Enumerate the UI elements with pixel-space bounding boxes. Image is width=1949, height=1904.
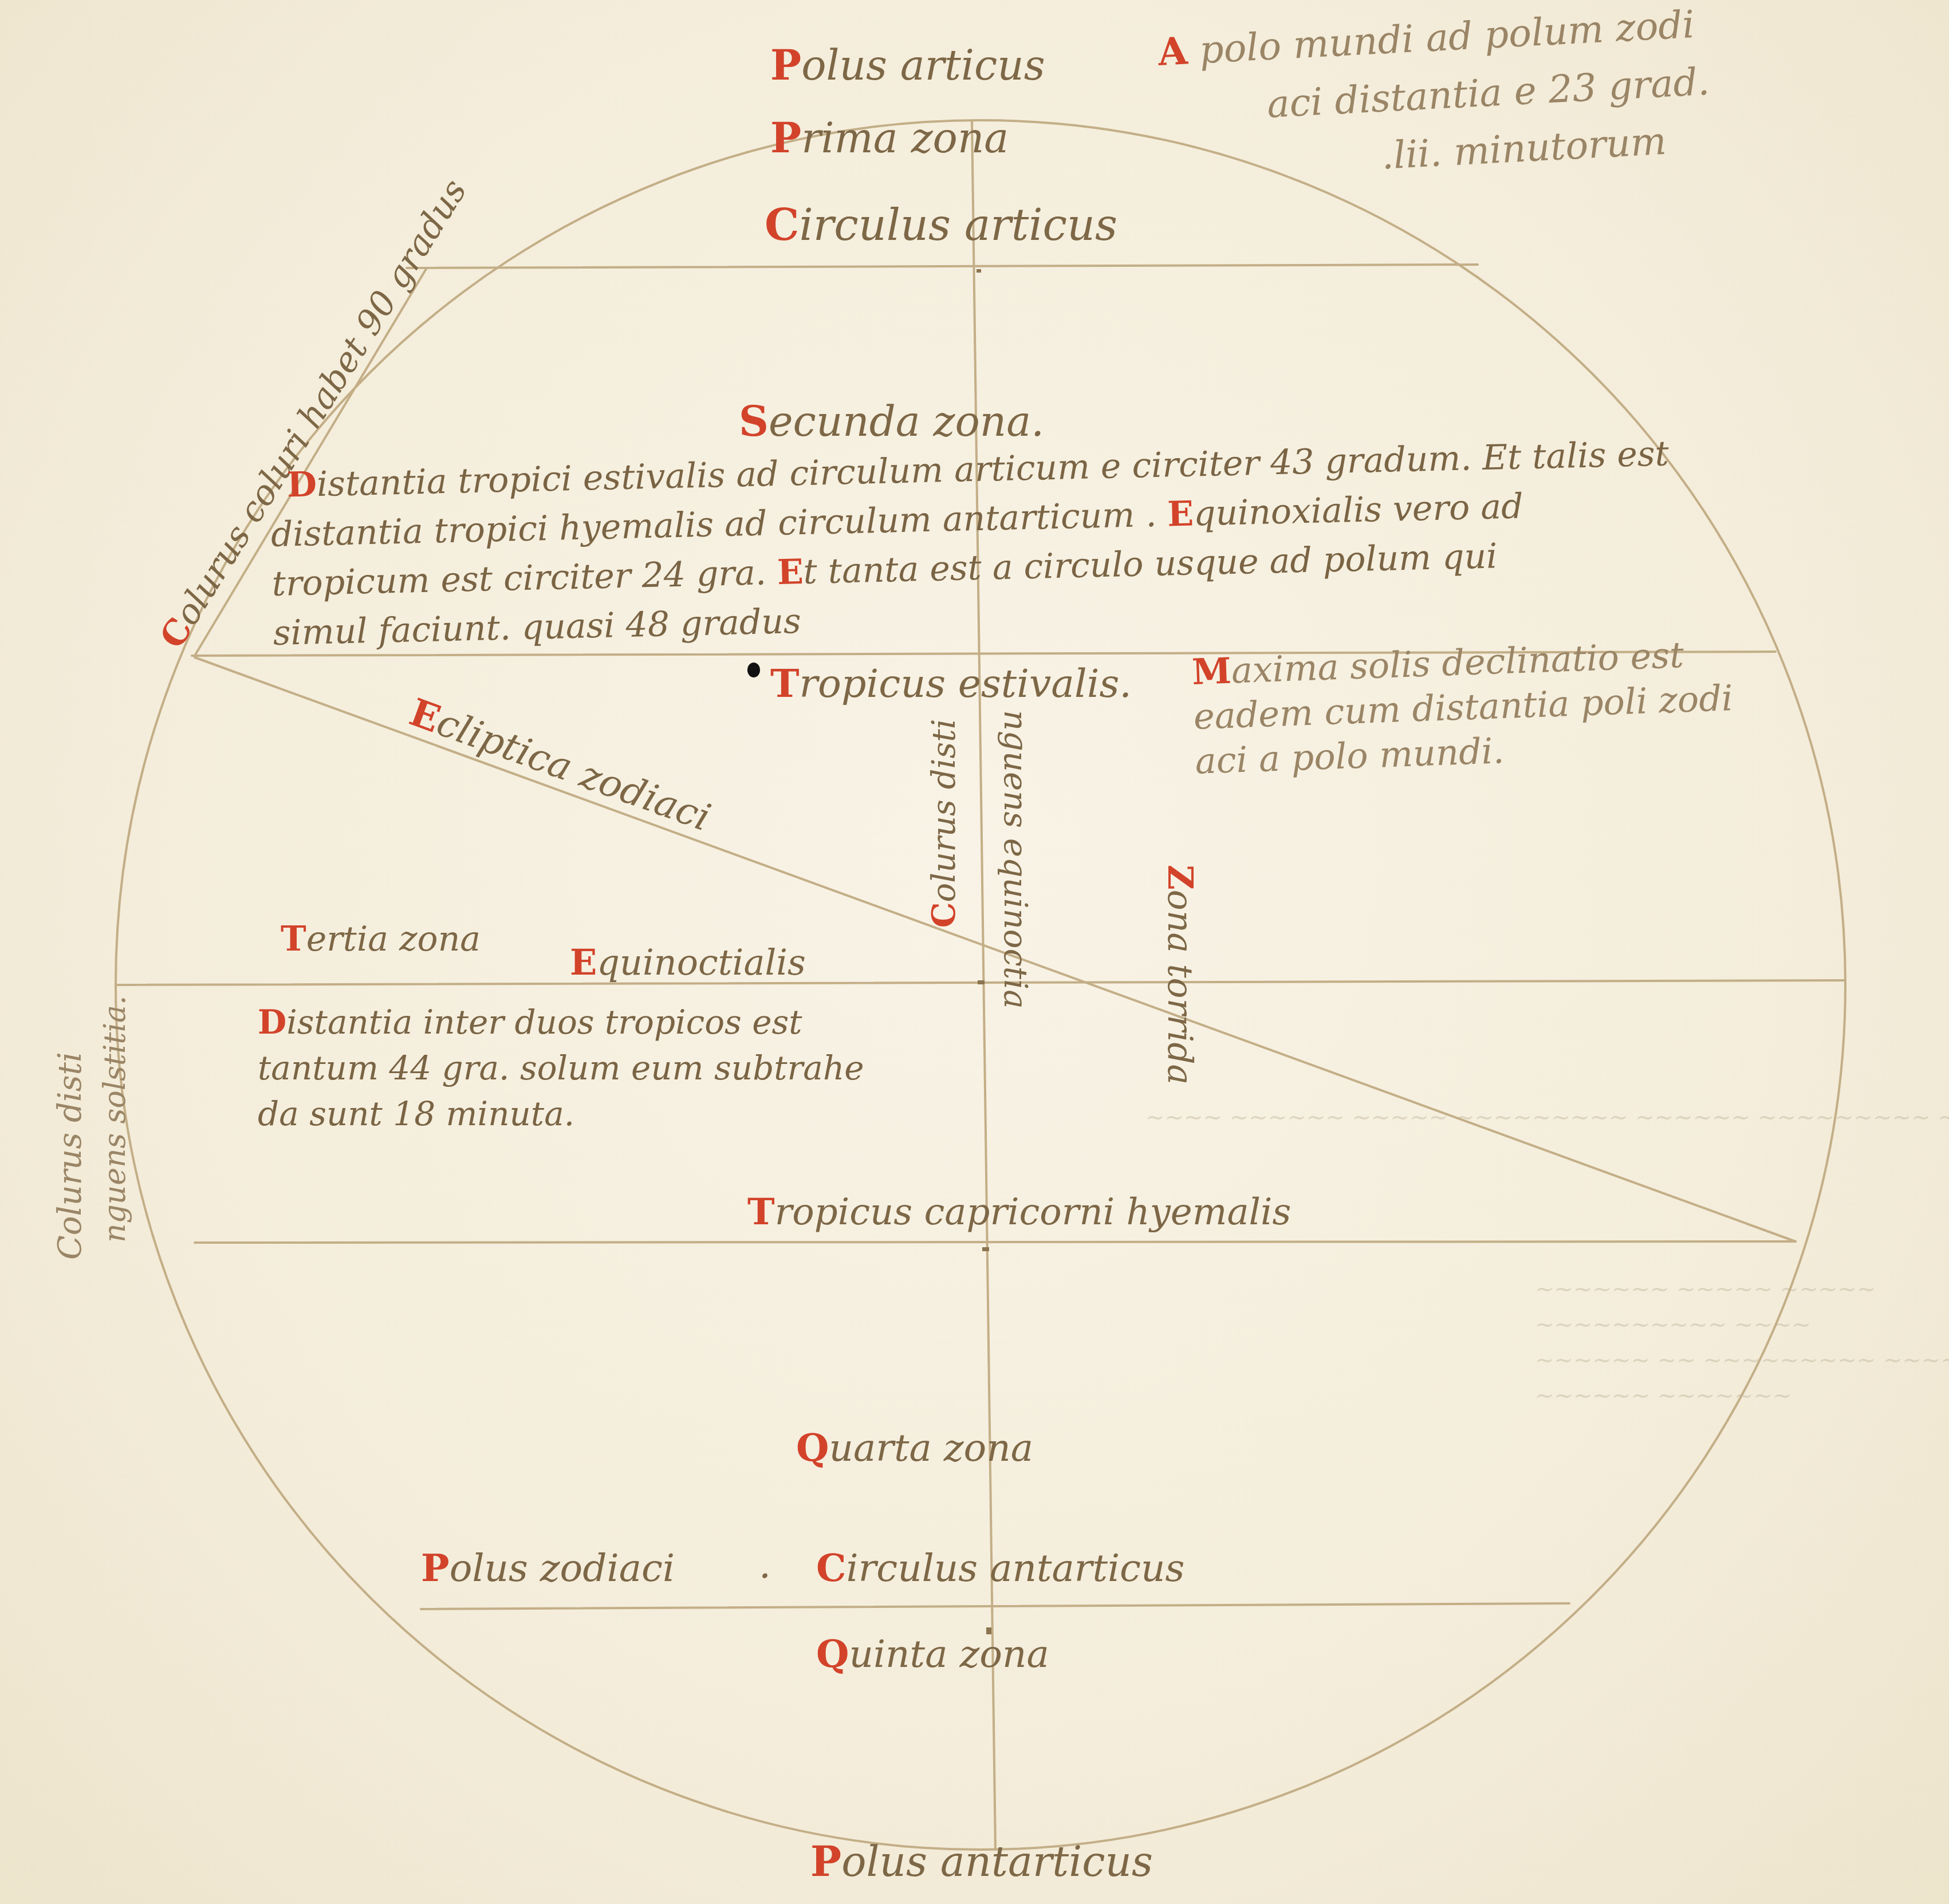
label-colurus-solstitia-1: Colurus disti xyxy=(54,1052,86,1260)
label-circulus-antarcticus: Circulus antarticus xyxy=(816,1549,1184,1587)
label-tropicus-hyemalis: Tropicus capricorni hyemalis xyxy=(747,1194,1291,1231)
label-secunda-zona: Secunda zona. xyxy=(739,401,1044,442)
label-zona-torrida: Zona torrida xyxy=(1163,865,1197,1085)
arctic-circle-line xyxy=(407,265,1478,268)
label-colurus-equinoctia-1: Colurus disti xyxy=(928,719,960,928)
note-distantia-tropici: Distantia tropici estivalis ad circulum … xyxy=(269,429,1673,658)
label-equinoctialis: Equinoctialis xyxy=(570,945,806,980)
note-maxima-declinatio: Maxima solis declinatio est eadem cum di… xyxy=(1191,631,1735,784)
label-quarta-zona: Quarta zona xyxy=(796,1429,1033,1467)
label-colurus-equinoctia-2: nguens equinoctia xyxy=(999,710,1031,1009)
label-polus-zodiaci: Polus zodiaci xyxy=(421,1549,675,1587)
winter-tropic-line xyxy=(195,1241,1796,1243)
label-colurus-solstitia-2: nguens solstitia. xyxy=(100,995,130,1243)
label-tertia-zona: Tertia zona xyxy=(281,922,481,956)
note-polo-mundi: A polo mundi ad polum zodi aci distantia… xyxy=(1157,0,1714,191)
manuscript-page: ~~~~ ~~~~~~ ~~~~~ ~~~~~~~~~ ~~~~~~ ~~~~~… xyxy=(0,0,1949,1904)
label-polus-arcticus: Polus articus xyxy=(770,45,1045,86)
world-axis-line xyxy=(972,121,995,1850)
label-circulus-arcticus: Circulus articus xyxy=(765,203,1117,247)
antarctic-circle-line xyxy=(421,1603,1569,1609)
label-tropicus-estivalis: Tropicus estivalis. xyxy=(770,664,1132,704)
note-distantia-inter-tropicos: Distantia inter duos tropicos est tantum… xyxy=(258,999,864,1137)
label-prima-zona: Prima zona xyxy=(770,117,1009,159)
ink-dot-marker xyxy=(747,663,760,677)
label-quinta-zona: Quinta zona xyxy=(816,1635,1049,1673)
polus-zodiaci-point: . xyxy=(759,1546,771,1584)
label-polus-antarcticus: Polus antarticus xyxy=(810,1841,1153,1882)
